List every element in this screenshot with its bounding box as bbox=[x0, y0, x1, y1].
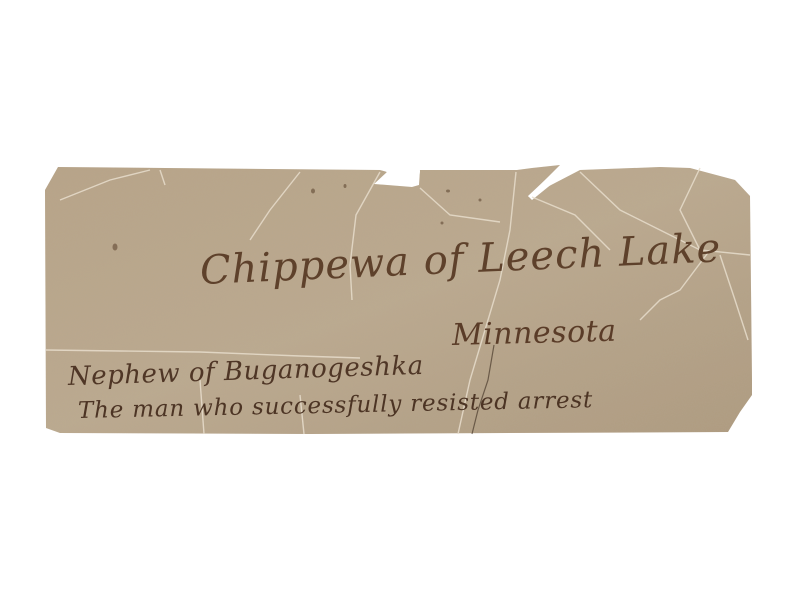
handwritten-state: Minnesota bbox=[452, 314, 617, 353]
photo-stage: Chippewa of Leech Lake Minnesota Nephew … bbox=[0, 0, 800, 600]
tear-notch bbox=[386, 171, 420, 186]
paper-card bbox=[0, 0, 800, 600]
